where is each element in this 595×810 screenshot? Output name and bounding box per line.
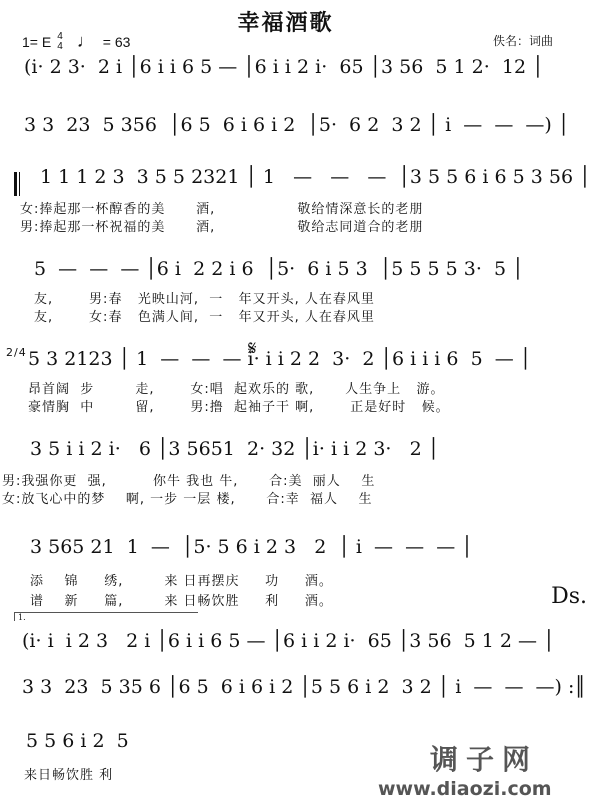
quarter-note-icon: ♩	[77, 31, 95, 52]
notation: 1 1 1 2 3 3 5 5 2321 │ 1 — — — │3 5 5 6 …	[40, 166, 591, 188]
time-signature: 4 4	[57, 32, 63, 52]
watermark-cn: 调子网	[430, 738, 538, 778]
notation: 3 5 i i 2 i· 6 │3 5651 2· 32 │i· i i 2 3…	[30, 438, 439, 460]
tempo-value: = 63	[103, 34, 131, 50]
lyrics-line-1: 昂首阔 步 走, 女:唱 起欢乐的 歌, 人生争上 游。	[28, 378, 444, 397]
author-credit: 佚名：词曲	[493, 32, 553, 49]
lyrics-female: 女:捧起那一杯醇香的美 酒, 敬给情深意长的老朋	[20, 198, 423, 217]
lyrics-line-1: 添 锦 绣, 来 日再摆庆 功 酒。	[30, 570, 333, 589]
key-signature: 1= E 4 4 ♩ = 63	[22, 31, 130, 52]
lyrics-line-1: 来日畅饮胜 利	[24, 764, 113, 783]
lyrics-line-1: 男:我强你更 强, 你牛 我也 牛, 合:美 丽人 生	[2, 470, 375, 489]
time-change-2-4: 2/4	[6, 346, 27, 359]
score-line-7: 3 565 21 1 — │5· 5 6 i 2 3 2 │ i — — — │	[30, 536, 575, 566]
score-line-4: 5 — — — │6 i 2 2 i 6 │5· 6 i 5 3 │5 5 5 …	[34, 258, 575, 288]
notation: 3 565 21 1 — │5· 5 6 i 2 3 2 │ i — — — │	[30, 536, 473, 558]
notation: 5 3 2123 │ 1 — — — i· i i 2 2 3· 2 │6 i …	[28, 348, 531, 370]
lyrics-line-2: 谱 新 篇, 来 日畅饮胜 利 酒。	[30, 590, 333, 609]
lyrics-line-2: 豪情胸 中 留, 男:撸 起袖子干 啊, 正是好时 候。	[28, 396, 450, 415]
notation: 3 3 23 5 356 │6 5 6 i 6 i 2 │5· 6 2 3 2 …	[24, 114, 569, 136]
lyrics-line-1: 友, 男:春 光映山河, 一 年又开头, 人在春风里	[34, 288, 375, 307]
score-line-5: 5 3 2123 │ 1 — — — i· i i 2 2 3· 2 │6 i …	[28, 348, 575, 378]
notation: 5 — — — │6 i 2 2 i 6 │5· 6 i 5 3 │5 5 5 …	[34, 258, 524, 280]
score-line-1: (i· 2 3· 2 i │6 i i 6 5 — │6 i i 2 i· 65…	[24, 56, 575, 86]
first-ending-bracket: 1.	[14, 612, 198, 621]
score-line-6: 3 5 i i 2 i· 6 │3 5651 2· 32 │i· i i 2 3…	[30, 438, 575, 468]
key-label: 1= E	[22, 34, 51, 50]
lyrics-male: 男:捧起那一杯祝福的美 酒, 敬给志同道合的老朋	[20, 216, 423, 235]
score-line-2: 3 3 23 5 356 │6 5 6 i 6 i 2 │5· 6 2 3 2 …	[24, 114, 575, 144]
score-line-3: 1 1 1 2 3 3 5 5 2321 │ 1 — — — │3 5 5 6 …	[40, 166, 575, 196]
score-line-9: 3 3 23 5 35 6 │6 5 6 i 6 i 2 │5 5 6 i 2 …	[22, 676, 575, 706]
watermark-url: www.diaozi.com	[378, 778, 552, 800]
notation: 5 5 6 i 2 5	[26, 730, 129, 752]
score-line-8: (i· i i 2 3 2 i │6 i i 6 5 — │6 i i 2 i·…	[22, 630, 575, 660]
lyrics-line-2: 友, 女:春 色满人间, 一 年又开头, 人在春风里	[34, 306, 375, 325]
notation: (i· 2 3· 2 i │6 i i 6 5 — │6 i i 2 i· 65…	[24, 56, 544, 78]
lyrics-line-2: 女:放飞心中的梦 啊, 一步 一层 楼, 合:幸 福人 生	[2, 488, 373, 507]
notation: 3 3 23 5 35 6 │6 5 6 i 6 i 2 │5 5 6 i 2 …	[22, 676, 586, 698]
dal-segno-mark: Ds.	[551, 584, 587, 609]
notation: (i· i i 2 3 2 i │6 i i 6 5 — │6 i i 2 i·…	[22, 630, 555, 652]
